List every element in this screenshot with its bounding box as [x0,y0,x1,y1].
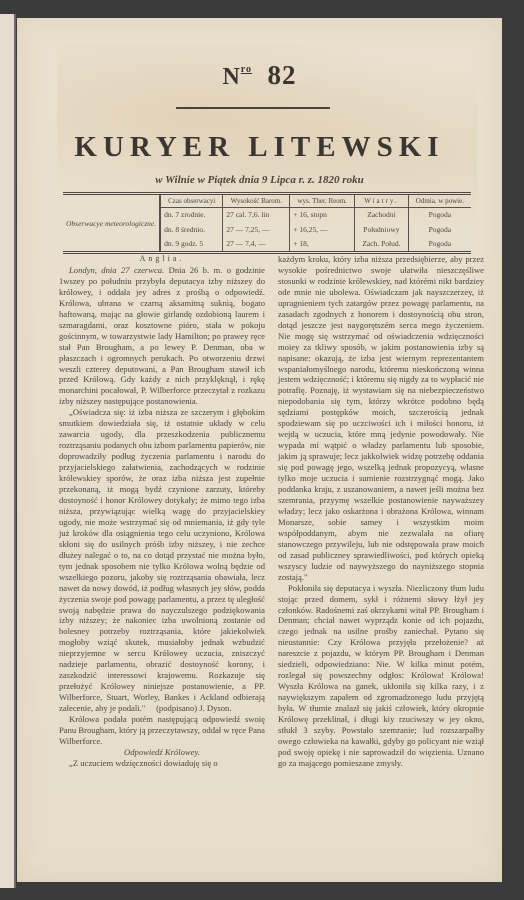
signature: (podpisano) J. Dyson. [156,703,231,713]
col-header-time: Czas obserwacyi [160,195,223,208]
left-column: Anglia. Londyn, dnia 27 czerwca. Dnia 26… [59,254,265,769]
col-header-sky: Odmia. w powie. [408,195,471,208]
place-date: Londyn, dnia 27 czerwca. [69,265,164,275]
masthead-title: KURYER LITEWSKI [17,131,502,164]
paragraph: Królowa podała potém następującą odpowie… [59,714,265,747]
weather-side-label: Obserwacye meteorologiczne. [63,195,160,251]
dateline: w Wilnie w Piątek dnia 9 Lipca r. z. 182… [17,174,502,186]
right-column: każdym kroku, który izba niższa przedsię… [278,254,484,769]
weather-observation-table: Obserwacye meteorologiczne. Czas obserwa… [63,192,471,254]
paragraph: każdym kroku, który izba niższa przedsię… [278,254,484,583]
issue-number: Nro 82 [17,60,502,91]
title-divider [176,107,330,109]
paragraph: „Oświadcza się: iż izba niższa ze szczer… [59,407,265,714]
col-header-wind: Wiatry. [355,195,409,208]
paragraph: Londyn, dnia 27 czerwca. Dnia 26 b. m. o… [59,265,265,407]
article-columns: Anglia. Londyn, dnia 27 czerwca. Dnia 26… [59,254,484,769]
col-header-barometer: Wysokość Barom. [223,195,290,208]
section-heading: Anglia. [59,254,265,265]
reply-heading: Odpowiedź Królowey. [59,747,265,758]
previous-page-edge [0,14,16,888]
newspaper-page: Nro 82 KURYER LITEWSKI w Wilnie w Piątek… [17,18,502,882]
col-header-thermometer: wys. Ther. Reom. [290,195,355,208]
paragraph: Pokłoniła się deputacya i wyszła. Niezli… [278,583,484,769]
paragraph: „Z uczuciem wdzięczności dowiaduję się o [59,758,265,769]
